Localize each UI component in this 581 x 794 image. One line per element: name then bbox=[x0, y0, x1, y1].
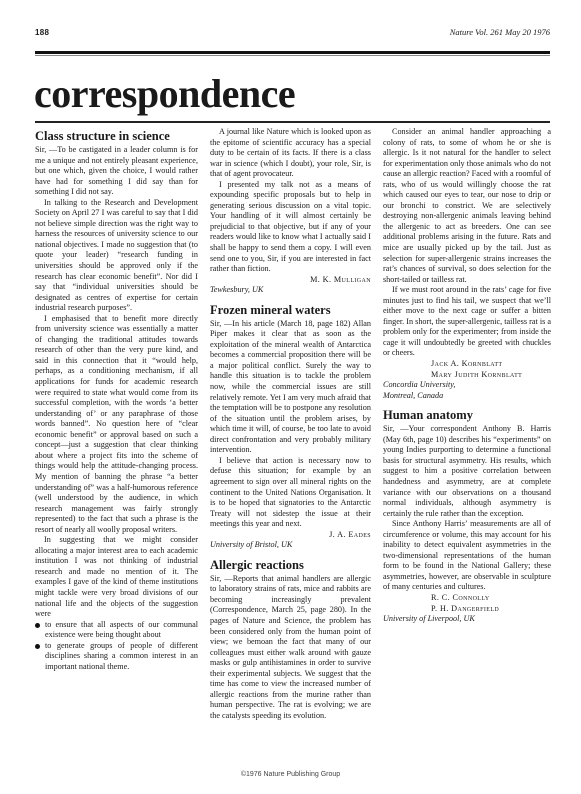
paragraph: I presented my talk not as a means of ex… bbox=[210, 180, 371, 275]
paragraph: In talking to the Research and Developme… bbox=[35, 198, 198, 314]
bullet-icon bbox=[35, 644, 40, 649]
paragraph: Sir, —Your correspondent Anthony B. Harr… bbox=[383, 424, 551, 519]
signatory: M. K. Mulligan bbox=[210, 275, 371, 286]
affiliation: Tewkesbury, UK bbox=[210, 285, 371, 296]
header-rule-thin bbox=[35, 55, 550, 56]
paragraph: Sir, —Reports that animal handlers are a… bbox=[210, 574, 371, 722]
paragraph: If we must root around in the rats’ cage… bbox=[383, 285, 551, 359]
letter-heading-allergic: Allergic reactions bbox=[210, 558, 371, 573]
signatory: Jack A. Kornblatt bbox=[383, 359, 551, 370]
bullet-list: to ensure that all aspects of our commun… bbox=[35, 620, 198, 673]
bullet-item: to ensure that all aspects of our commun… bbox=[35, 620, 198, 641]
affiliation: University of Bristol, UK bbox=[210, 540, 371, 551]
paragraph: Since Anthony Harris’ measurements are a… bbox=[383, 519, 551, 593]
paragraph: A journal like Nature which is looked up… bbox=[210, 127, 371, 180]
running-head: Nature Vol. 261 May 20 1976 bbox=[450, 27, 550, 37]
page-number: 188 bbox=[35, 28, 49, 37]
bullet-item: to generate groups of people of differen… bbox=[35, 641, 198, 673]
signatory: Mary Judith Kornblatt bbox=[383, 370, 551, 381]
paragraph: Sir, —In his article (March 18, page 182… bbox=[210, 319, 371, 456]
paragraph: Consider an animal handler approaching a… bbox=[383, 127, 551, 285]
affiliation: Montreal, Canada bbox=[383, 391, 551, 402]
signatory: P. H. Dangerfield bbox=[383, 604, 551, 615]
header-rule bbox=[35, 51, 550, 54]
column-right: Consider an animal handler approaching a… bbox=[383, 127, 551, 625]
letter-heading-class-structure: Class structure in science bbox=[35, 129, 198, 144]
column-middle: A journal like Nature which is looked up… bbox=[210, 127, 371, 721]
copyright-notice: ©1976 Nature Publishing Group bbox=[0, 771, 581, 778]
affiliation: Concordia University, bbox=[383, 380, 551, 391]
paragraph: In suggesting that we might consider all… bbox=[35, 535, 198, 619]
section-title: correspondence bbox=[34, 72, 295, 116]
title-rule bbox=[35, 121, 550, 123]
affiliation: University of Liverpool, UK bbox=[383, 614, 551, 625]
letter-heading-frozen-mineral: Frozen mineral waters bbox=[210, 303, 371, 318]
paragraph: Sir, —To be castigated in a leader colum… bbox=[35, 145, 198, 198]
signatory: R. C. Connolly bbox=[383, 593, 551, 604]
column-left: Class structure in science Sir, —To be c… bbox=[35, 127, 198, 672]
paragraph: I believe that action is necessary now t… bbox=[210, 456, 371, 530]
bullet-icon bbox=[35, 623, 40, 628]
letter-heading-human-anatomy: Human anatomy bbox=[383, 408, 551, 423]
paragraph: I emphasised that to benefit more direct… bbox=[35, 314, 198, 535]
signatory: J. A. Eades bbox=[210, 530, 371, 541]
